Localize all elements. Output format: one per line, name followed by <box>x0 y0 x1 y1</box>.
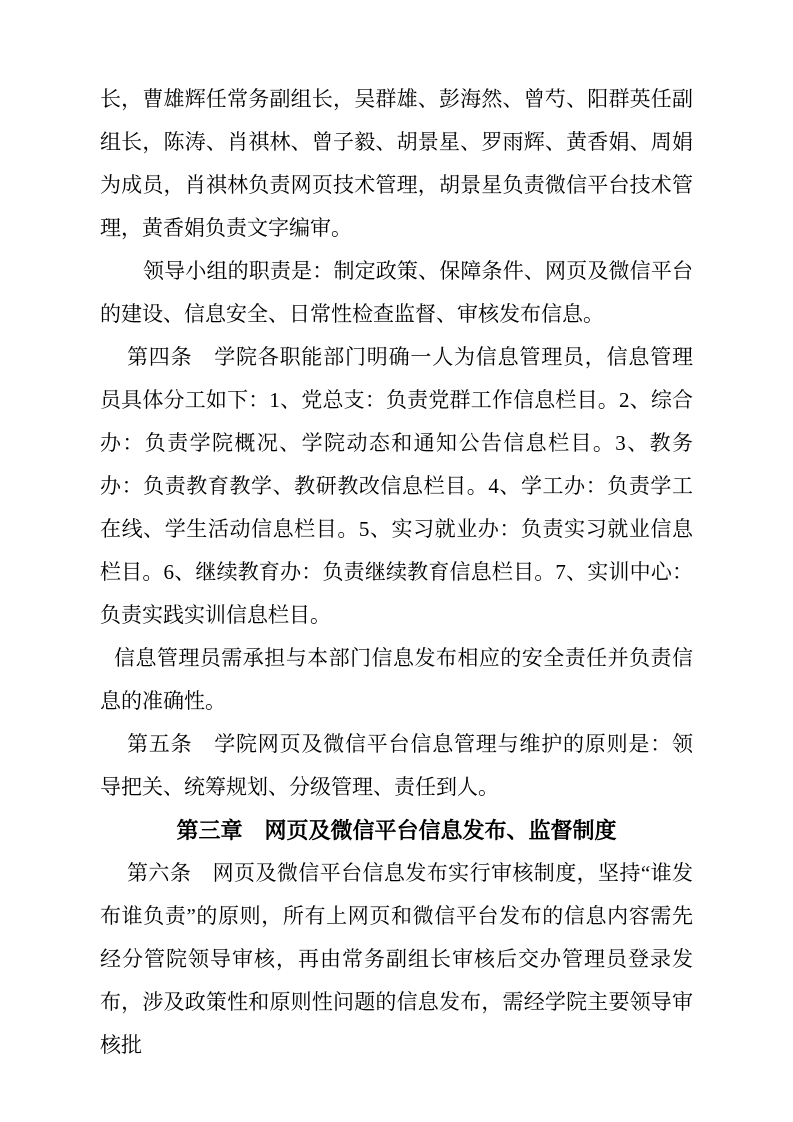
body-paragraph: 第五条 学院网页及微信平台信息管理与维护的原则是：领导把关、统筹规划、分级管理、… <box>100 723 693 809</box>
document-body: 长，曹雄辉任常务副组长，吴群雄、彭海然、曾芍、阳群英任副组长，陈涛、肖祺林、曾子… <box>100 78 693 1067</box>
body-paragraph: 长，曹雄辉任常务副组长，吴群雄、彭海然、曾芍、阳群英任副组长，陈涛、肖祺林、曾子… <box>100 78 693 250</box>
body-paragraph: 领导小组的职责是：制定政策、保障条件、网页及微信平台的建设、信息安全、日常性检查… <box>100 250 693 336</box>
body-paragraph: 信息管理员需承担与本部门信息发布相应的安全责任并负责信息的准确性。 <box>100 637 693 723</box>
chapter-heading: 第三章 网页及微信平台信息发布、监督制度 <box>100 809 693 852</box>
body-paragraph: 第四条 学院各职能部门明确一人为信息管理员，信息管理员具体分工如下：1、党总支：… <box>100 336 693 637</box>
document-page: 长，曹雄辉任常务副组长，吴群雄、彭海然、曾芍、阳群英任副组长，陈涛、肖祺林、曾子… <box>0 0 793 1122</box>
body-paragraph: 第六条 网页及微信平台信息发布实行审核制度，坚持“谁发布谁负责”的原则，所有上网… <box>100 852 693 1067</box>
